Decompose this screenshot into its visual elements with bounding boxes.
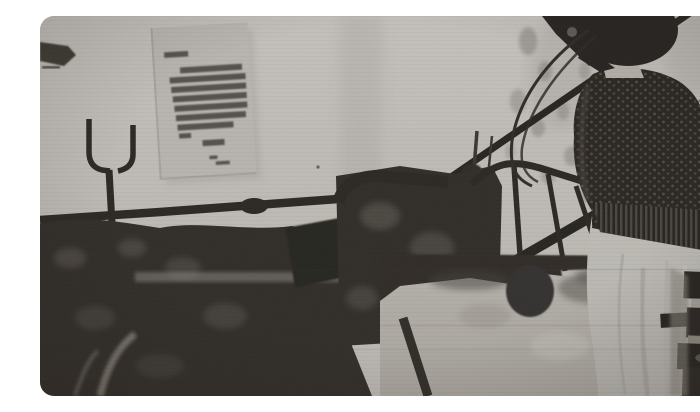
photograph [40, 16, 700, 396]
photo-canvas [40, 16, 700, 396]
grain-light [40, 16, 700, 396]
